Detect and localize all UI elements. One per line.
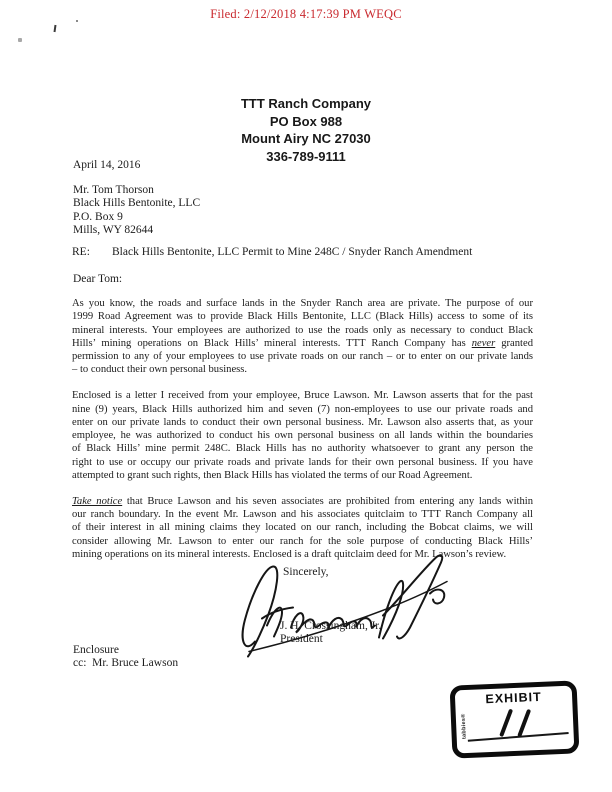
recipient-name: Mr. Tom Thorson: [73, 184, 200, 197]
paragraph-line: attempted to grant such rights, then Bla…: [72, 469, 533, 482]
paragraph: Enclosed is a letter I received from you…: [72, 389, 533, 482]
paragraph-line: of Black Hills’ mine permit 248C. Black …: [72, 442, 533, 455]
paragraph-line: Take notice that Bruce Lawson and his se…: [72, 495, 533, 508]
company-name: TTT Ranch Company: [0, 95, 612, 113]
letterhead-city-state-zip: Mount Airy NC 27030: [0, 130, 612, 148]
filing-stamp: Filed: 2/12/2018 4:17:39 PM WEQC: [0, 7, 612, 22]
re-subject: Black Hills Bentonite, LLC Permit to Min…: [112, 246, 472, 258]
exhibit-number-stroke: [517, 709, 531, 738]
paragraph-line: mineral interests. Your employees are au…: [72, 324, 533, 337]
recipient-company: Black Hills Bentonite, LLC: [73, 197, 200, 210]
letterhead: TTT Ranch Company PO Box 988 Mount Airy …: [0, 95, 612, 165]
paragraph-line: enter on our private lands to conduct th…: [72, 416, 533, 429]
cc-line: cc: Mr. Bruce Lawson: [73, 657, 178, 669]
enclosure-note: Enclosure: [73, 644, 119, 656]
exhibit-number-stroke: [499, 709, 513, 738]
re-line: RE: Black Hills Bentonite, LLC Permit to…: [72, 246, 472, 258]
paragraph-line: As you know, the roads and surface lands…: [72, 297, 533, 310]
letter-page: Filed: 2/12/2018 4:17:39 PM WEQC TTT Ran…: [0, 0, 612, 792]
paragraph: Take notice that Bruce Lawson and his se…: [72, 495, 533, 561]
scan-artifact: [18, 38, 22, 42]
signer-name: J. H. Crossingham, Jr.: [280, 620, 381, 633]
paragraph: As you know, the roads and surface lands…: [72, 297, 533, 377]
paragraph-line: of their interest in all mining claims t…: [72, 521, 533, 534]
paragraph-line: 1999 Road Agreement was to provide Black…: [72, 310, 533, 323]
re-label: RE:: [72, 246, 112, 258]
signer-title: President: [280, 633, 381, 646]
paragraph-line: permission to any of your employees to u…: [72, 350, 533, 363]
paragraph-line: Enclosed is a letter I received from you…: [72, 389, 533, 402]
recipient-address2: Mills, WY 82644: [73, 224, 200, 237]
recipient-block: Mr. Tom Thorson Black Hills Bentonite, L…: [73, 184, 200, 237]
body-paragraphs: As you know, the roads and surface lands…: [72, 297, 533, 574]
scan-artifact: [54, 25, 57, 32]
recipient-address1: P.O. Box 9: [73, 211, 200, 224]
paragraph-line: consider allowing Mr. Lawson to enter ou…: [72, 535, 533, 548]
exhibit-stamp: EXHIBIT tabbies®: [450, 680, 580, 758]
salutation: Dear Tom:: [73, 273, 122, 285]
paragraph-line: – to conduct their own personal business…: [72, 363, 533, 376]
signature-block: J. H. Crossingham, Jr. President: [280, 620, 381, 647]
paragraph-line: right to use or occupy our private roads…: [72, 456, 533, 469]
paragraph-line: our ranch boundary. In the event Mr. Law…: [72, 508, 533, 521]
paragraph-line: employee, he was authorized to conduct h…: [72, 429, 533, 442]
letter-date: April 14, 2016: [73, 159, 140, 171]
paragraph-line: Hills’ mining operations on Black Hills’…: [72, 337, 533, 350]
scan-artifact: [76, 20, 78, 22]
exhibit-number: [455, 686, 575, 754]
paragraph-line: nine (9) years, Black Hills authorized h…: [72, 403, 533, 416]
letterhead-po-box: PO Box 988: [0, 113, 612, 131]
